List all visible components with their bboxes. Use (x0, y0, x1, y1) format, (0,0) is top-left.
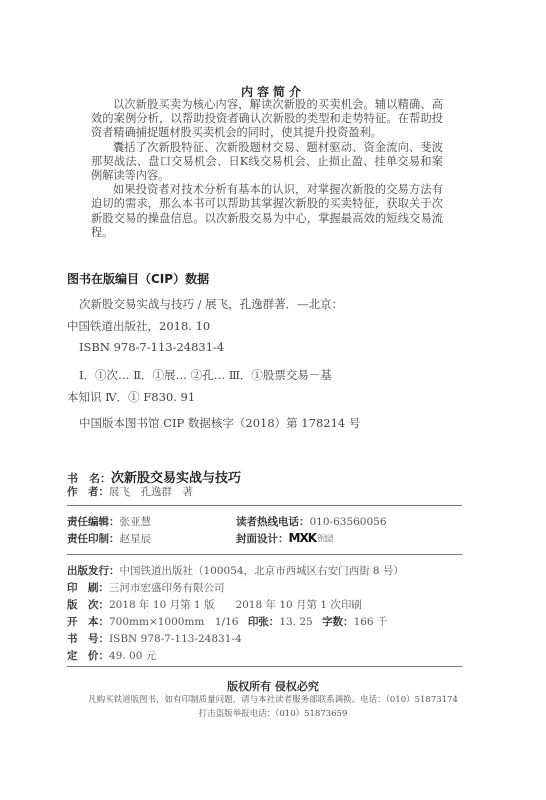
format-row: 开 本：700mm×1000mm 1/16 印张：13. 25 字数：166 千 (67, 614, 387, 629)
sheets-value: 13. 25 (279, 616, 312, 628)
cover-design-row: 封面设计：MXKDESIGNSTUDIO (236, 531, 333, 546)
print-manager-row: 责任印制：赵星辰 (67, 531, 151, 546)
logo-sub-studio: STUDIO (318, 538, 333, 543)
hotline-row: 读者热线电话：010-63560056 (236, 514, 387, 529)
format-label: 开 本： (67, 616, 109, 628)
copyright-notice: 凡购买铁道版图书，如有印制质量问题，请与本社读者服务部联系调换。电话：（010）… (0, 693, 546, 705)
printer-row: 印 刷：三河市宏盛印务有限公司 (67, 580, 225, 595)
editor-row: 责任编辑：张亚慧 (67, 514, 151, 529)
isbn-label: 书 号： (67, 633, 109, 645)
intro-paragraph: 如果投资者对技术分析有基本的认识，对掌握次新股的交易方法有迫切的需求，那么本书可… (91, 183, 443, 240)
edition-label: 版 次： (67, 599, 109, 611)
book-author-row: 作 者：展飞 孔逸群 著 (67, 484, 193, 499)
hotline-label: 读者热线电话： (236, 516, 310, 528)
divider (67, 554, 462, 555)
divider (67, 666, 462, 667)
intro-body: 以次新股买卖为核心内容，解读次新股的买卖机会。辅以精确、高效的案例分析，以帮助投… (91, 98, 443, 240)
price-label: 定 价： (67, 650, 109, 662)
book-author-label: 作 者： (67, 486, 109, 498)
cip-line: ISBN 978-7-113-24831-4 (79, 340, 224, 354)
format-value: 700mm×1000mm 1/16 (109, 616, 238, 628)
edition-value: 2018 年 10 月第 1 版 2018 年 10 月第 1 次印刷 (109, 599, 362, 611)
printer-value: 三河市宏盛印务有限公司 (109, 582, 225, 594)
words-label: 字数： (322, 616, 354, 628)
isbn-value: ISBN 978-7-113-24831-4 (109, 633, 242, 645)
book-author-value: 展飞 孔逸群 著 (109, 486, 193, 498)
edition-row: 版 次：2018 年 10 月第 1 版 2018 年 10 月第 1 次印刷 (67, 597, 362, 612)
cip-line: 次新股交易实战与技巧 / 展飞，孔逸群著．—北京： (79, 296, 343, 312)
intro-paragraph: 囊括了次新股特征、次新股题材交易、题材驱动、资金流向、斐波那契战法、盘口交易机会… (91, 141, 443, 184)
cip-line: Ⅰ．①次… Ⅱ．①展… ②孔… Ⅲ．①股票交易－基 (79, 367, 332, 383)
design-studio-logo-sub: DESIGNSTUDIO (318, 535, 333, 543)
price-row: 定 价：49. 00 元 (67, 648, 156, 663)
copyright-title: 版权所有 侵权必究 (0, 678, 546, 694)
printer-label: 印 刷： (67, 582, 109, 594)
design-studio-logo: MXK (289, 531, 317, 545)
editor-label: 责任编辑： (67, 516, 120, 528)
words-value: 166 千 (354, 616, 388, 628)
price-value: 49. 00 元 (109, 650, 156, 662)
cip-heading: 图书在版编目（CIP）数据 (67, 270, 209, 287)
publisher-row: 出版发行：中国铁道出版社（100054，北京市西城区右安门西街 8 号） (67, 563, 404, 578)
divider (67, 505, 462, 506)
intro-paragraph: 以次新股买卖为核心内容，解读次新股的买卖机会。辅以精确、高效的案例分析，以帮助投… (91, 98, 443, 141)
publisher-value: 中国铁道出版社（100054，北京市西城区右安门西街 8 号） (120, 565, 404, 577)
print-manager-label: 责任印制： (67, 533, 120, 545)
publisher-label: 出版发行： (67, 565, 120, 577)
cip-line: 中国铁道出版社，2018. 10 (67, 318, 210, 334)
print-manager-value: 赵星辰 (120, 533, 152, 545)
sheets-label: 印张： (248, 616, 280, 628)
editor-value: 张亚慧 (120, 516, 152, 528)
cip-number: 中国版本图书馆 CIP 数据核字（2018）第 178214 号 (79, 415, 360, 431)
isbn-row: 书 号：ISBN 978-7-113-24831-4 (67, 631, 242, 646)
piracy-hotline: 打击盗版举报电话：（010）51873659 (0, 707, 546, 719)
cover-design-label: 封面设计： (236, 533, 289, 545)
cip-line: 本知识 Ⅳ．① F830. 91 (67, 389, 195, 405)
hotline-value: 010-63560056 (310, 516, 387, 528)
